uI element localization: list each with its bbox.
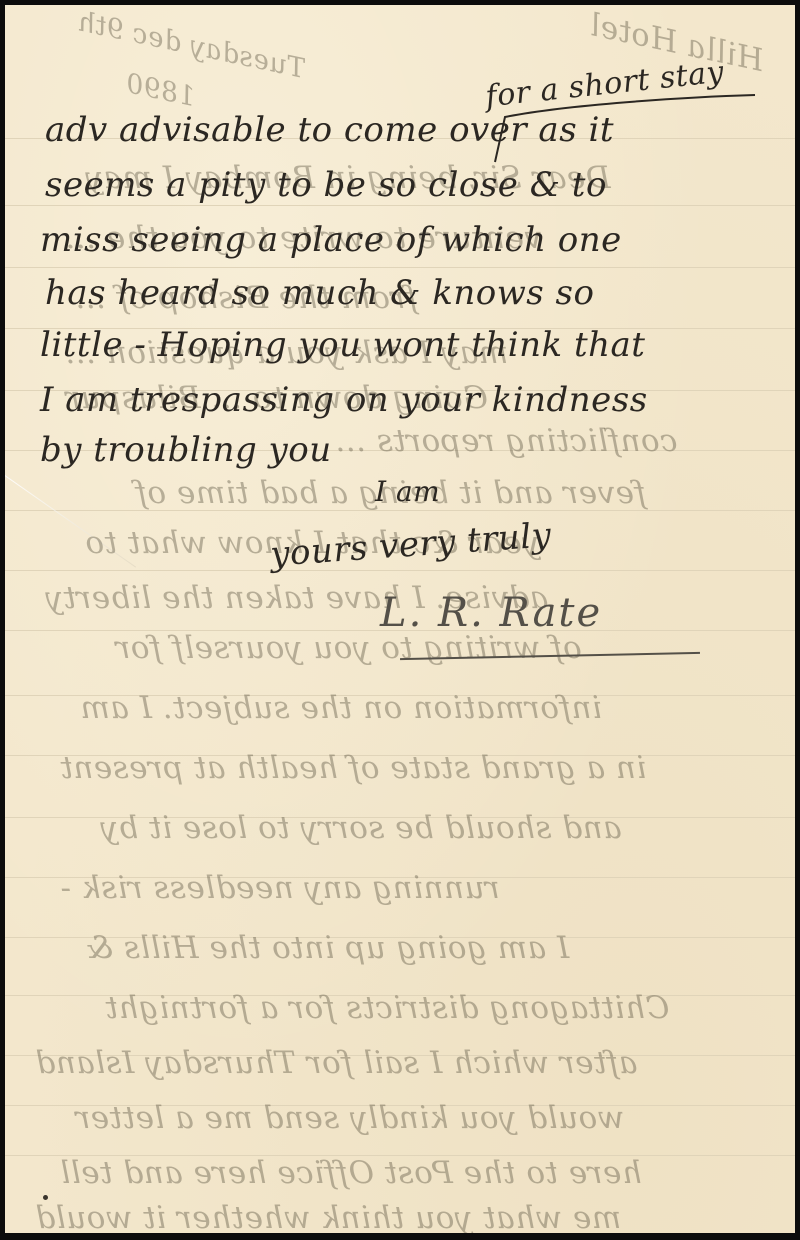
letter-line: has heard so much & knows so	[45, 273, 594, 313]
closing-i-am: I am	[375, 475, 440, 508]
ghost-header-year: 1890	[123, 68, 199, 113]
ghost-line: and should be sorry to lose it by	[100, 810, 622, 846]
ink-spot	[43, 1195, 48, 1200]
ghost-header-date: Tuesday dec 9th	[74, 6, 308, 85]
letter-line: miss seeing a place of which one	[40, 220, 622, 260]
letter-line: little - Hoping you wont think that	[40, 325, 645, 365]
ghost-line: running any needless risk -	[60, 870, 500, 906]
letter-line: seems a pity to be so close & to	[45, 165, 607, 205]
ruled-line	[5, 570, 795, 571]
ruled-line	[5, 267, 795, 268]
signature: L. R. Rate	[380, 590, 602, 636]
letter-line: by troubling you	[40, 430, 332, 470]
letter-page: Hilla Hotel Tuesday dec 9th 1890 Dear Si…	[5, 5, 795, 1233]
letter-line: adv advisable to come over as it	[45, 110, 614, 150]
ruled-line	[5, 205, 795, 206]
ghost-line: in a grand state of health at present	[60, 750, 646, 786]
ghost-line: I am going up into the Hills &	[85, 930, 569, 966]
ghost-line: would you kindly send me a letter	[75, 1100, 624, 1136]
ghost-line: Chittagong districts for a fortnight	[105, 990, 669, 1026]
ghost-line: here to the Post Office here and tell	[60, 1155, 642, 1191]
ghost-line: me what you think whether it would	[35, 1200, 621, 1233]
ghost-line: after which I sail for Thursday Island	[35, 1045, 637, 1081]
ghost-line: conflicting reports ...	[335, 423, 677, 459]
letter-line: I am trespassing on your kindness	[40, 380, 648, 420]
ghost-line: information on the subject. I am	[80, 690, 602, 726]
